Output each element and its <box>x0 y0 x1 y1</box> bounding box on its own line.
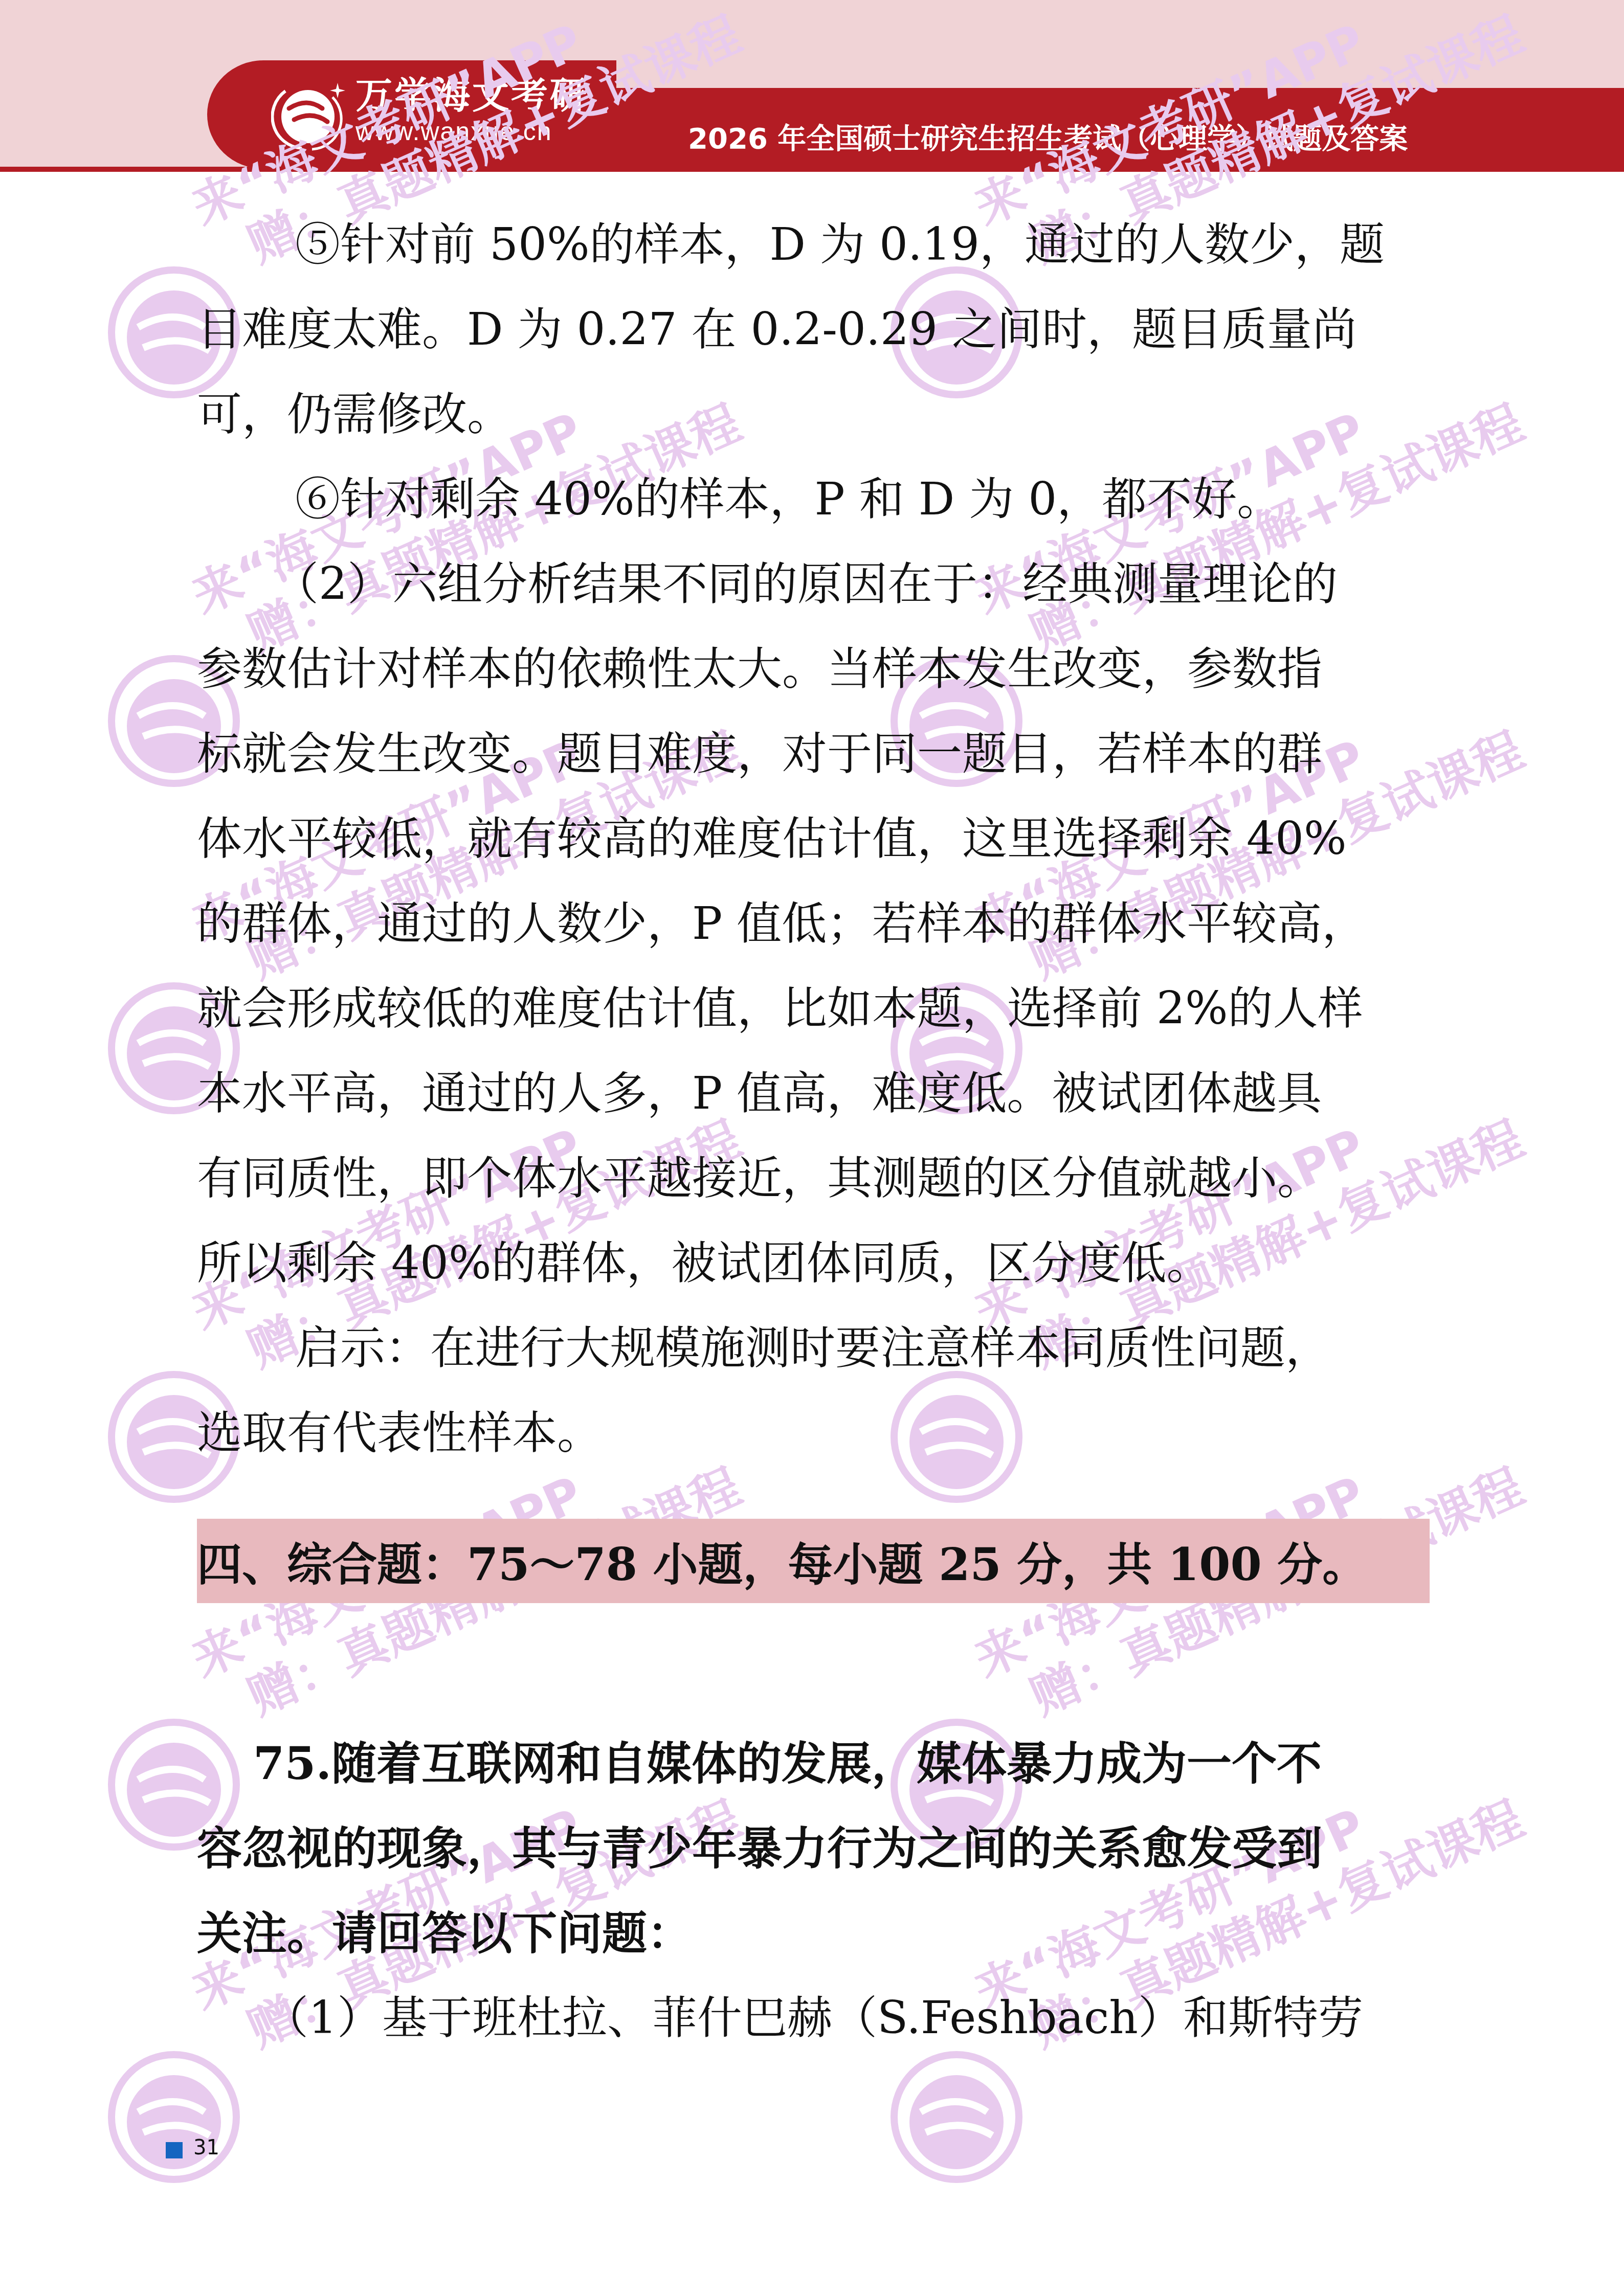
insight-paragraph: 启示：在进行大规模施测时要注意样本同质性问题， 选取有代表性样本。 <box>197 1305 1430 1475</box>
question-75-subquestion-1: （1）基于班杜拉、菲什巴赫（S.Feshbach）和斯特劳 <box>197 1975 1430 2060</box>
text-line: 启示：在进行大规模施测时要注意样本同质性问题， <box>197 1305 1430 1390</box>
text-line: 体水平较低，就有较高的难度估计值，这里选择剩余 40% <box>197 796 1430 881</box>
text-line: 标就会发生改变。题目难度，对于同一题目，若样本的群 <box>197 711 1430 796</box>
text-line: 75.随着互联网和自媒体的发展，媒体暴力成为一个不 <box>197 1721 1430 1806</box>
text-line: （1）基于班杜拉、菲什巴赫（S.Feshbach）和斯特劳 <box>197 1975 1430 2060</box>
brand-logo-icon <box>271 77 348 153</box>
question-75: 75.随着互联网和自媒体的发展，媒体暴力成为一个不 容忽视的现象，其与青少年暴力… <box>197 1721 1430 1975</box>
text-line: ⑤针对前 50%的样本，D 为 0.19，通过的人数少，题 <box>197 202 1430 287</box>
watermark-logo-icon <box>885 2045 1028 2189</box>
text-line: 目难度太难。D 为 0.27 在 0.2-0.29 之间时，题目质量尚 <box>197 287 1430 372</box>
brand-url: www.wanxue.cn <box>355 119 552 144</box>
text-line: 所以剩余 40%的群体，被试团体同质，区分度低。 <box>197 1221 1430 1305</box>
document-body: ⑤针对前 50%的样本，D 为 0.19，通过的人数少，题 目难度太难。D 为 … <box>197 202 1430 2060</box>
answer-part-2: （2）六组分析结果不同的原因在于：经典测量理论的 参数估计对样本的依赖性太大。当… <box>197 542 1430 1305</box>
watermark-logo-icon <box>102 2045 246 2189</box>
page-marker-icon <box>166 2142 183 2158</box>
header-divider <box>0 167 1624 172</box>
text-line: 选取有代表性样本。 <box>197 1390 1430 1475</box>
text-line: 有同质性，即个体水平越接近，其测题的区分值就越小。 <box>197 1136 1430 1221</box>
text-line: 关注。请回答以下问题： <box>197 1890 1430 1975</box>
text-line: 本水平高，通过的人多，P 值高，难度低。被试团体越具 <box>197 1051 1430 1136</box>
text-line: 可，仍需修改。 <box>197 372 1430 457</box>
brand-name: 万学海文考研 <box>355 77 589 114</box>
answer-item-6: ⑥针对剩余 40%的样本，P 和 D 为 0，都不好。 <box>197 457 1430 542</box>
section-heading: 四、综合题：75～78 小题，每小题 25 分，共 100 分。 <box>197 1519 1430 1603</box>
document-title: 2026 年全国硕士研究生招生考试（心理学）试题及答案 <box>688 125 1408 153</box>
page-number: 31 <box>193 2137 219 2158</box>
text-line: 就会形成较低的难度估计值，比如本题，选择前 2%的人样 <box>197 966 1430 1051</box>
text-line: （2）六组分析结果不同的原因在于：经典测量理论的 <box>197 542 1430 626</box>
text-line: 参数估计对样本的依赖性太大。当样本发生改变，参数指 <box>197 626 1430 711</box>
answer-item-5: ⑤针对前 50%的样本，D 为 0.19，通过的人数少，题 目难度太难。D 为 … <box>197 202 1430 457</box>
text-line: 容忽视的现象，其与青少年暴力行为之间的关系愈发受到 <box>197 1806 1430 1890</box>
text-line: ⑥针对剩余 40%的样本，P 和 D 为 0，都不好。 <box>197 457 1430 542</box>
text-line: 的群体，通过的人数少，P 值低；若样本的群体水平较高， <box>197 881 1430 966</box>
